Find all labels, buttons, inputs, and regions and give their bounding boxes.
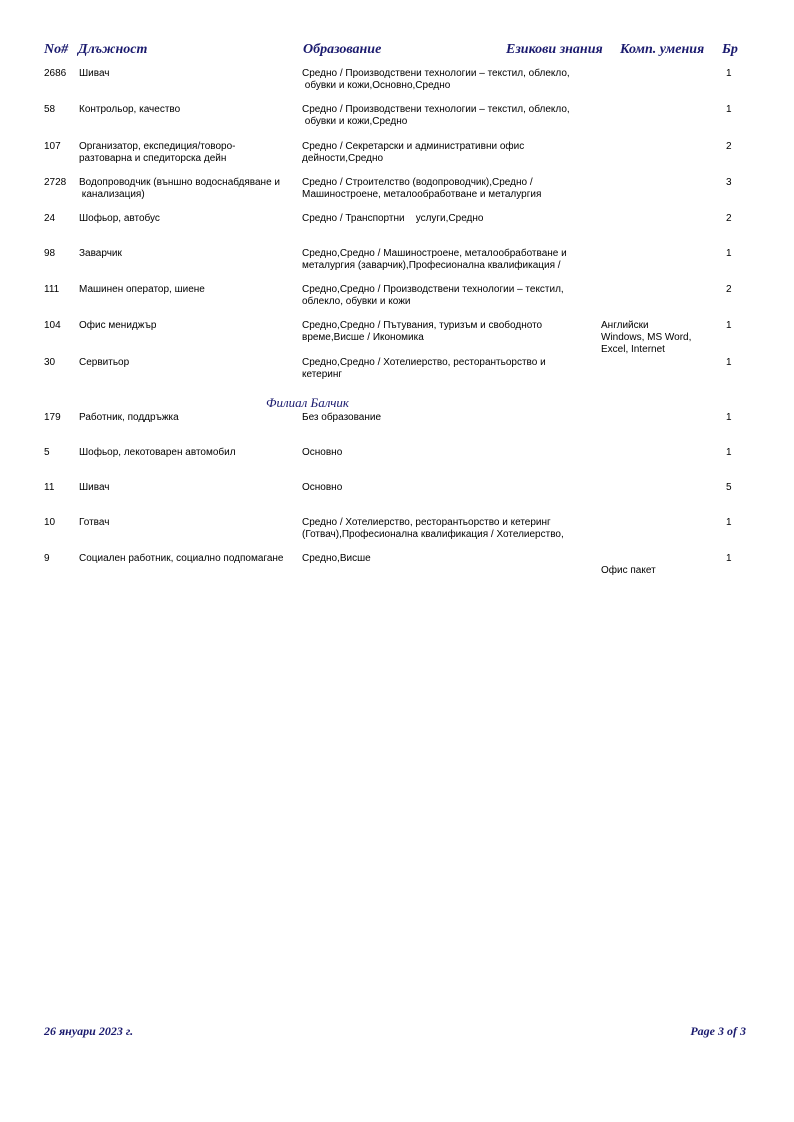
row-count: 1 (726, 104, 732, 116)
row-no: 9 (44, 553, 50, 565)
footer-page: Page 3 of 3 (690, 1024, 746, 1039)
row-education: Средно / Производствени технологии – тек… (302, 104, 570, 128)
row-count: 2 (726, 284, 732, 296)
row-computer-skills: Офис пакет (601, 565, 656, 577)
row-no: 2728 (44, 177, 66, 189)
row-count: 5 (726, 482, 732, 494)
row-count: 1 (726, 68, 732, 80)
row-position: Шивач (79, 482, 110, 494)
row-count: 1 (726, 248, 732, 260)
row-count: 1 (726, 553, 732, 565)
row-position: Машинен оператор, шиене (79, 284, 205, 296)
row-no: 98 (44, 248, 55, 260)
row-no: 58 (44, 104, 55, 116)
row-education: Основно (302, 447, 342, 459)
row-no: 30 (44, 357, 55, 369)
header-position: Длъжност (78, 42, 147, 58)
row-education: Средно,Средно / Хотелиерство, ресторанть… (302, 357, 546, 381)
row-education: Средно,Висше (302, 553, 371, 565)
row-computer-skills: Windows, MS Word, Excel, Internet (601, 332, 691, 356)
row-languages: Английски (601, 320, 649, 332)
row-no: 104 (44, 320, 61, 332)
header-languages: Езикови знания (506, 42, 603, 58)
row-count: 2 (726, 213, 732, 225)
row-education: Без образование (302, 412, 381, 424)
row-position: Социален работник, социално подпомагане (79, 553, 284, 565)
row-position: Сервитьор (79, 357, 129, 369)
row-count: 3 (726, 177, 732, 189)
row-position: Офис мениджър (79, 320, 156, 332)
row-position: Водопроводчик (външно водоснабдяване и к… (79, 177, 280, 201)
row-no: 10 (44, 517, 55, 529)
row-education: Средно / Транспортни услуги,Средно (302, 213, 483, 225)
row-count: 1 (726, 357, 732, 369)
row-education: Средно / Секретарски и административни о… (302, 141, 524, 165)
header-computer-skills: Комп. умения (620, 42, 704, 58)
section-title: Филиал Балчик (266, 395, 349, 411)
header-count: Бр (722, 42, 738, 58)
row-position: Шофьор, автобус (79, 213, 160, 225)
row-education: Средно,Средно / Машиностроене, металообр… (302, 248, 567, 272)
header-education: Образование (303, 42, 381, 58)
row-education: Основно (302, 482, 342, 494)
row-education: Средно / Производствени технологии – тек… (302, 68, 570, 92)
row-education: Средно,Средно / Производствени технологи… (302, 284, 564, 308)
row-position: Работник, поддръжка (79, 412, 179, 424)
row-position: Шивач (79, 68, 110, 80)
row-position: Контрольор, качество (79, 104, 180, 116)
row-no: 24 (44, 213, 55, 225)
row-position: Организатор, експедиция/товоро- разтовар… (79, 141, 236, 165)
row-position: Готвач (79, 517, 109, 529)
row-no: 107 (44, 141, 61, 153)
row-count: 2 (726, 141, 732, 153)
row-position: Заварчик (79, 248, 122, 260)
footer-date: 26 януари 2023 г. (44, 1024, 133, 1039)
header-no: No# (44, 42, 68, 58)
row-education: Средно / Строителство (водопроводчик),Ср… (302, 177, 541, 201)
row-no: 5 (44, 447, 50, 459)
row-count: 1 (726, 517, 732, 529)
row-education: Средно,Средно / Пътувания, туризъм и сво… (302, 320, 542, 344)
row-no: 2686 (44, 68, 66, 80)
row-no: 111 (44, 284, 59, 296)
row-position: Шофьор, лекотоварен автомобил (79, 447, 236, 459)
row-count: 1 (726, 320, 732, 332)
row-education: Средно / Хотелиерство, ресторантьорство … (302, 517, 564, 541)
row-no: 11 (44, 482, 54, 494)
row-no: 179 (44, 412, 61, 424)
row-count: 1 (726, 447, 732, 459)
row-count: 1 (726, 412, 732, 424)
